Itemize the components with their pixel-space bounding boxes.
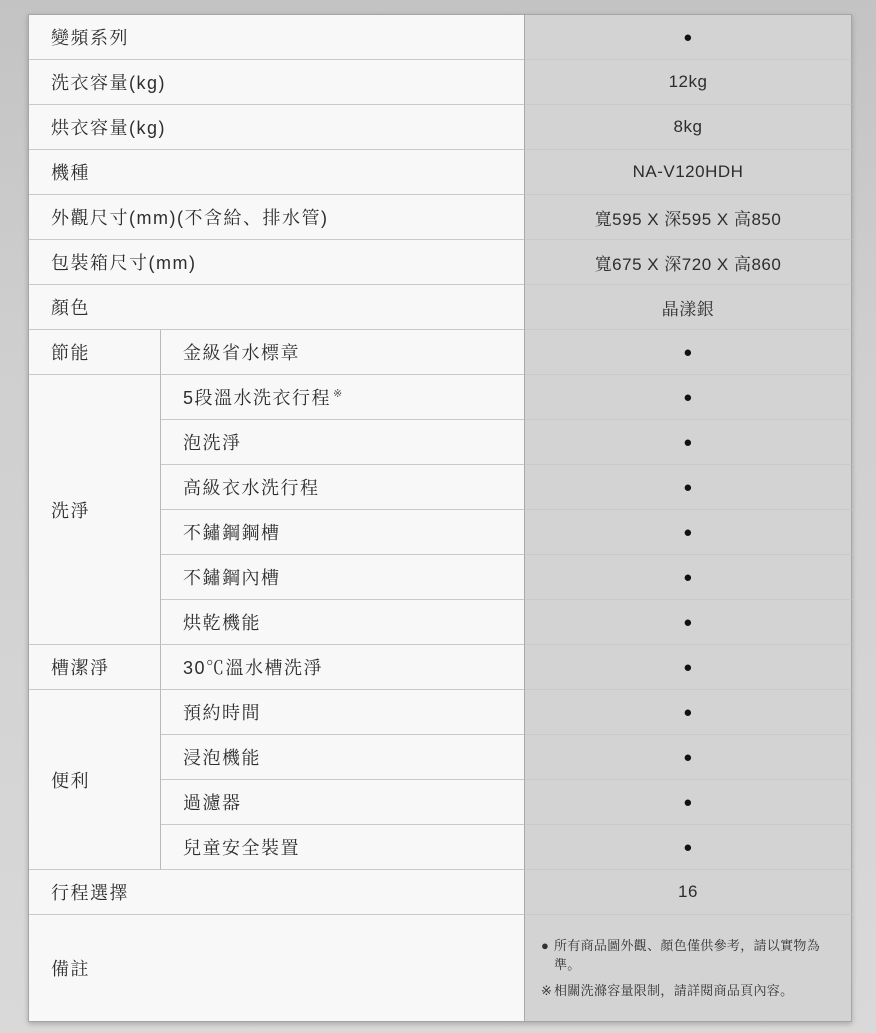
feature-value-dot: ● — [525, 825, 852, 870]
feature-label: 過濾器 — [161, 780, 525, 825]
feature-label: 不鏽鋼鋼槽 — [161, 510, 525, 555]
feature-value-dot: ● — [525, 510, 852, 555]
spec-label: 變頻系列 — [29, 15, 525, 60]
feature-value-dot: ● — [525, 645, 852, 690]
feature-label: 泡洗淨 — [161, 420, 525, 465]
category-cell: 槽潔淨 — [29, 645, 161, 690]
spec-value: 寬675 X 深720 X 高860 — [525, 240, 852, 285]
spec-value: 8kg — [525, 105, 852, 150]
table-row: 行程選擇 16 — [29, 870, 852, 915]
feature-label-text: 5段溫水洗衣行程 — [183, 388, 331, 408]
feature-value-dot: ● — [525, 465, 852, 510]
spec-value: NA-V120HDH — [525, 150, 852, 195]
spec-label: 外觀尺寸(mm)(不含給、排水管) — [29, 195, 525, 240]
feature-value-dot: ● — [525, 555, 852, 600]
feature-label: 兒童安全裝置 — [161, 825, 525, 870]
feature-value-dot: ● — [525, 330, 852, 375]
product-spec-table: 變頻系列 ● 洗衣容量(kg) 12kg 烘衣容量(kg) 8kg 機種 NA-… — [28, 14, 852, 1022]
footnote-mark: ※ — [333, 388, 342, 400]
spec-value-dot: ● — [525, 15, 852, 60]
feature-label: 浸泡機能 — [161, 735, 525, 780]
feature-value-dot: ● — [525, 420, 852, 465]
spec-value: 寬595 X 深595 X 高850 — [525, 195, 852, 240]
table-row: 便利 預約時間 ● — [29, 690, 852, 735]
note-text: 所有商品圖外觀、顏色僅供參考，請以實物為準。 — [554, 938, 820, 973]
feature-label: 30℃溫水槽洗淨 — [161, 645, 525, 690]
table-row: 顏色 晶漾銀 — [29, 285, 852, 330]
table-row: 包裝箱尺寸(mm) 寬675 X 深720 X 高860 — [29, 240, 852, 285]
feature-label: 高級衣水洗行程 — [161, 465, 525, 510]
spec-label: 包裝箱尺寸(mm) — [29, 240, 525, 285]
spec-value: 16 — [525, 870, 852, 915]
spec-label: 顏色 — [29, 285, 525, 330]
table-row: 節能 金級省水標章 ● — [29, 330, 852, 375]
spec-label: 機種 — [29, 150, 525, 195]
feature-value-dot: ● — [525, 735, 852, 780]
spec-label: 洗衣容量(kg) — [29, 60, 525, 105]
page-background: { "colors": { "page_background": "#cfcfc… — [0, 0, 876, 1033]
feature-label: 金級省水標章 — [161, 330, 525, 375]
notes-label: 備註 — [29, 915, 525, 1022]
dot-marker: ● — [541, 936, 554, 956]
note-text: 相關洗滌容量限制，請詳閱商品頁內容。 — [554, 983, 793, 998]
spec-label: 行程選擇 — [29, 870, 525, 915]
feature-value-dot: ● — [525, 690, 852, 735]
table-row: 洗衣容量(kg) 12kg — [29, 60, 852, 105]
table-row: 烘衣容量(kg) 8kg — [29, 105, 852, 150]
feature-value-dot: ● — [525, 780, 852, 825]
feature-label: 預約時間 — [161, 690, 525, 735]
feature-label: 烘乾機能 — [161, 600, 525, 645]
spec-value: 晶漾銀 — [525, 285, 852, 330]
asterisk-marker: ※ — [541, 981, 554, 1001]
feature-value-dot: ● — [525, 600, 852, 645]
category-cell: 便利 — [29, 690, 161, 870]
table-row-notes: 備註 ●所有商品圖外觀、顏色僅供參考，請以實物為準。 ※相關洗滌容量限制，請詳閱… — [29, 915, 852, 1022]
feature-label: 5段溫水洗衣行程※ — [161, 375, 525, 420]
feature-value-dot: ● — [525, 375, 852, 420]
note-item: ●所有商品圖外觀、顏色僅供參考，請以實物為準。 — [541, 936, 832, 975]
table-row: 洗淨 5段溫水洗衣行程※ ● — [29, 375, 852, 420]
category-cell: 節能 — [29, 330, 161, 375]
spec-label: 烘衣容量(kg) — [29, 105, 525, 150]
notes-cell: ●所有商品圖外觀、顏色僅供參考，請以實物為準。 ※相關洗滌容量限制，請詳閱商品頁… — [525, 915, 852, 1022]
table-row: 外觀尺寸(mm)(不含給、排水管) 寬595 X 深595 X 高850 — [29, 195, 852, 240]
table-row: 變頻系列 ● — [29, 15, 852, 60]
spec-value: 12kg — [525, 60, 852, 105]
table-row: 槽潔淨 30℃溫水槽洗淨 ● — [29, 645, 852, 690]
note-item: ※相關洗滌容量限制，請詳閱商品頁內容。 — [541, 981, 832, 1001]
feature-label: 不鏽鋼內槽 — [161, 555, 525, 600]
table-row: 機種 NA-V120HDH — [29, 150, 852, 195]
category-cell: 洗淨 — [29, 375, 161, 645]
